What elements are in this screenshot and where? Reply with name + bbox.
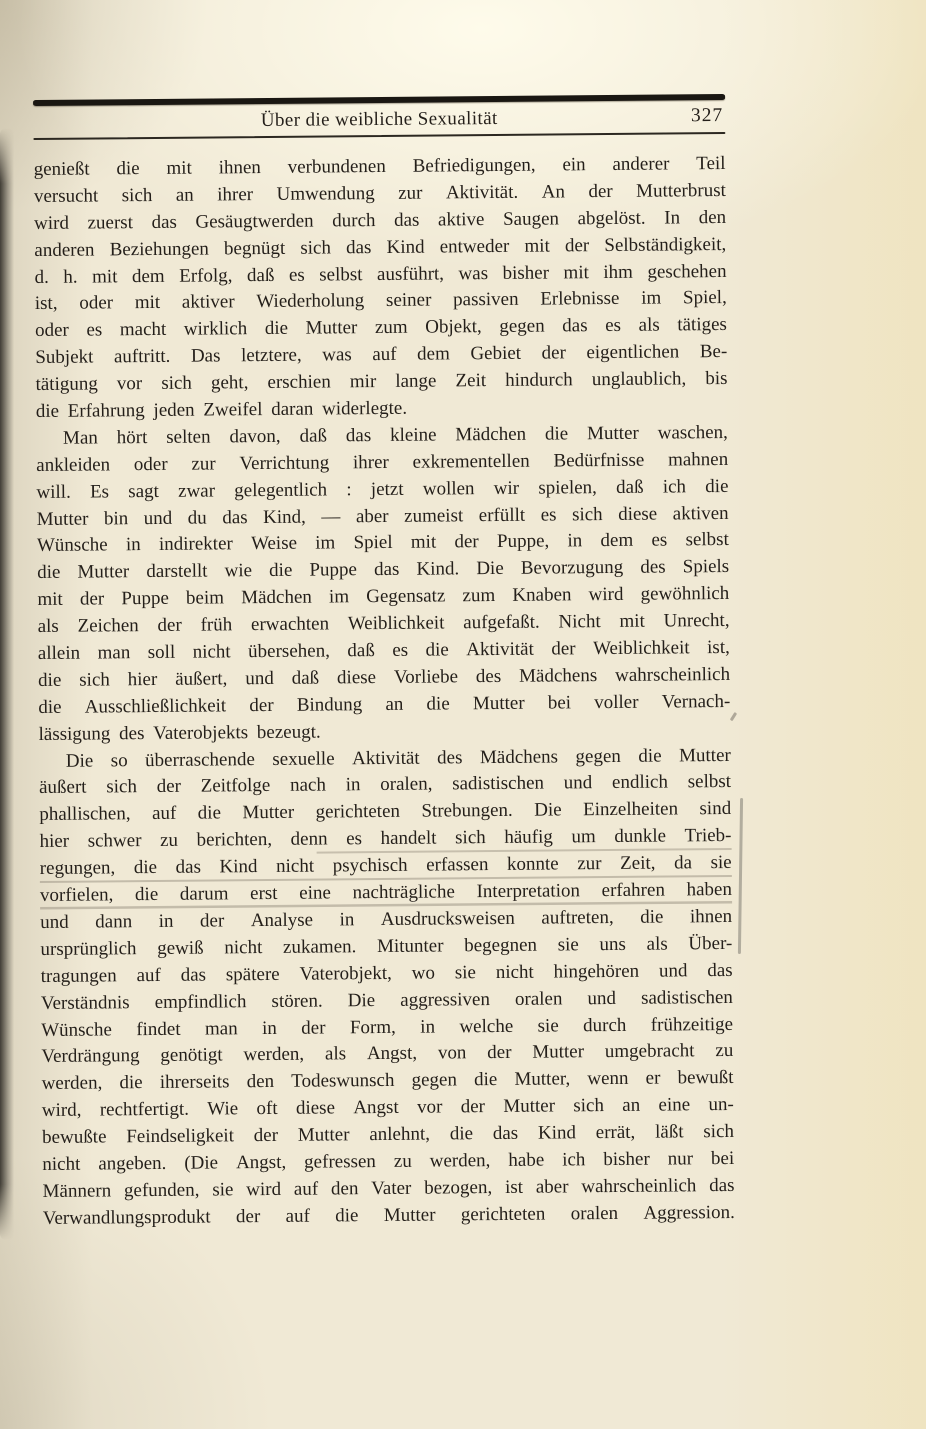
page-number: 327 bbox=[691, 105, 723, 127]
scanned-book-page: Über die weibliche Sexualität 327 genieß… bbox=[0, 0, 926, 1429]
book-gutter-shadow bbox=[0, 128, 14, 1240]
page-header: Über die weibliche Sexualität 327 bbox=[33, 102, 725, 138]
page-body-text: genießtdiemitihnenverbundenenBefriedigun… bbox=[34, 151, 735, 1233]
pencil-tick-mark bbox=[730, 712, 737, 721]
text-line: VerwandlungsproduktderaufdieMuttergerich… bbox=[43, 1200, 735, 1233]
pencil-margin-line bbox=[738, 798, 743, 954]
running-head-title: Über die weibliche Sexualität bbox=[33, 106, 725, 134]
page-content: Über die weibliche Sexualität 327 genieß… bbox=[33, 94, 735, 1233]
